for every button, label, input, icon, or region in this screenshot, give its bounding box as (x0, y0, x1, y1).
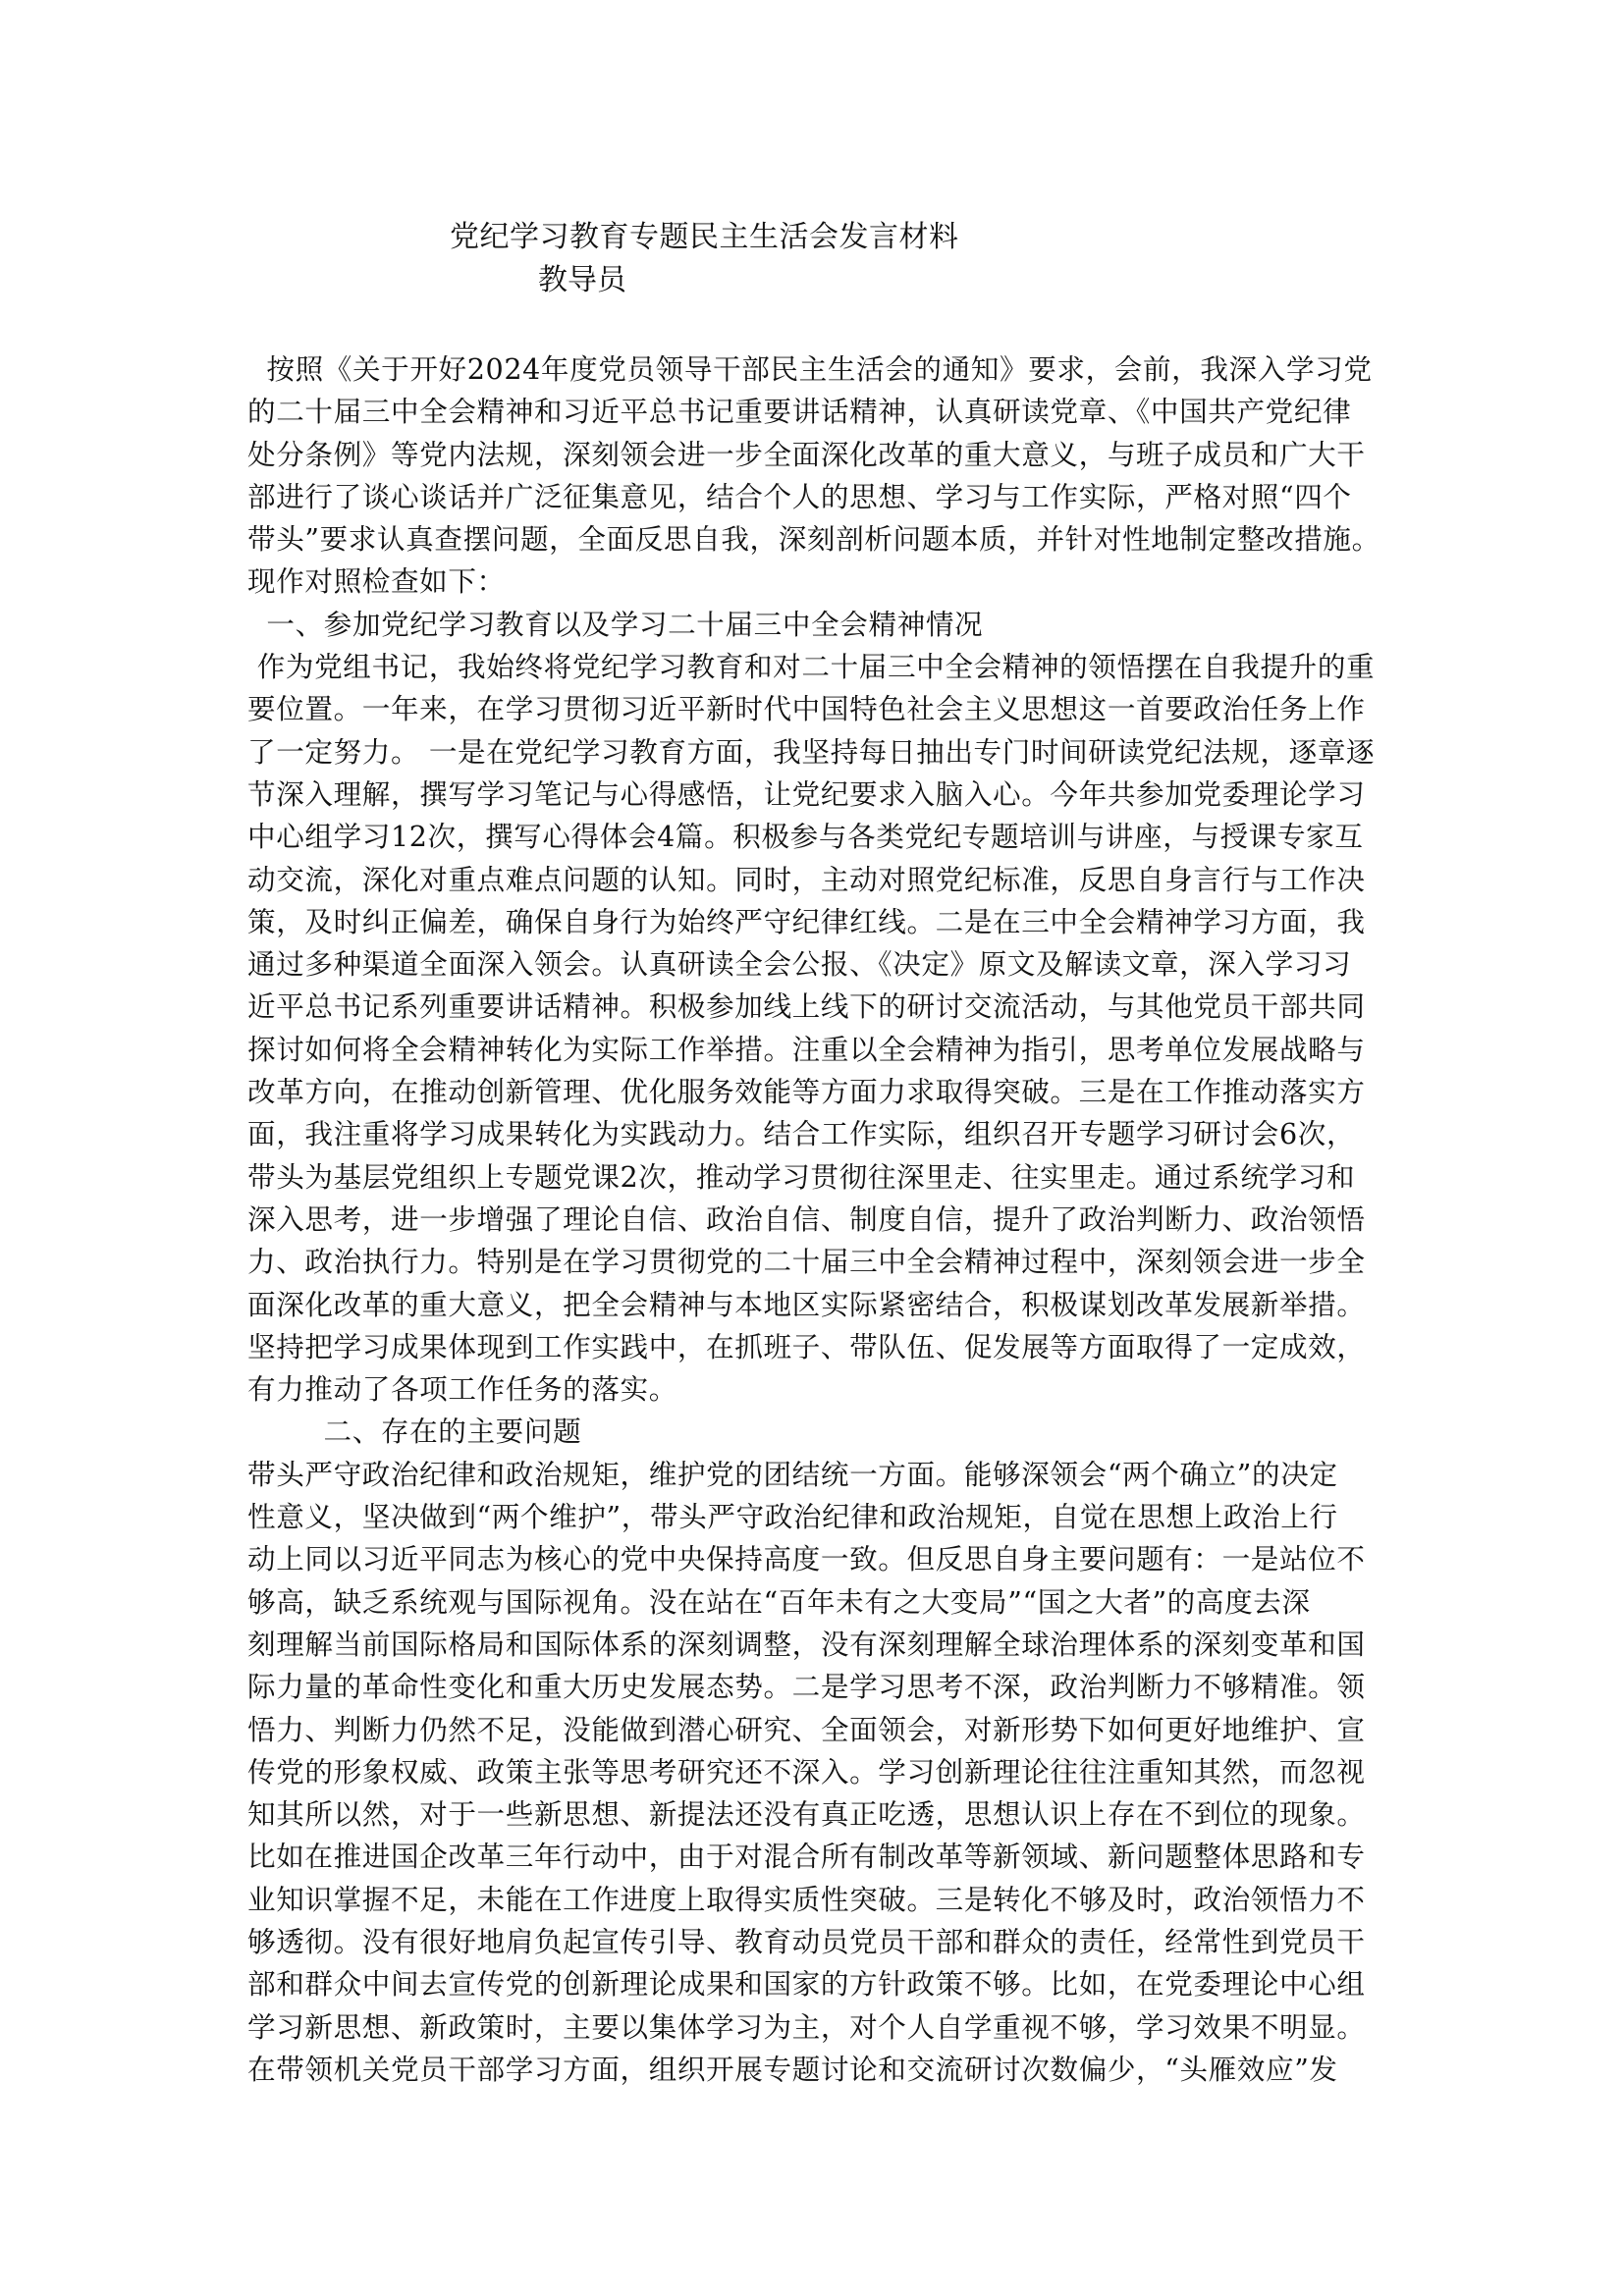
text-line: 节深入理解，撰写学习笔记与心得感悟，让党纪要求入脑入心。今年共参加党委理论学习 (247, 774, 1386, 816)
text-line: 部和群众中间去宣传党的创新理论成果和国家的方针政策不够。比如，在党委理论中心组 (247, 1963, 1386, 2005)
text-line: 坚持把学习成果体现到工作实践中，在抓班子、带队伍、促发展等方面取得了一定成效， (247, 1326, 1386, 1368)
text-line: 动交流，深化对重点难点问题的认知。同时，主动对照党纪标准，反思自身言行与工作决 (247, 859, 1386, 901)
text-line: 改革方向，在推动创新管理、优化服务效能等方面力求取得突破。三是在工作推动落实方 (247, 1071, 1386, 1113)
text-line: 知其所以然，对于一些新思想、新提法还没有真正吃透，思想认识上存在不到位的现象。 (247, 1793, 1386, 1836)
text-line: 悟力、判断力仍然不足，没能做到潜心研究、全面领会，对新形势下如何更好地维护、宣 (247, 1709, 1386, 1751)
text-line: 传党的形象权威、政策主张等思考研究还不深入。学习创新理论往往注重知其然，而忽视 (247, 1751, 1386, 1793)
text-line: 探讨如何将全会精神转化为实际工作举措。注重以全会精神为指引，思考单位发展战略与 (247, 1029, 1386, 1071)
text-line: 力、政治执行力。特别是在学习贯彻党的二十届三中全会精神过程中，深刻领会进一步全 (247, 1241, 1386, 1283)
text-line: 中心组学习12次，撰写心得体会4篇。积极参与各类党纪专题培训与讲座，与授课专家互 (247, 816, 1386, 858)
text-line: 带头严守政治纪律和政治规矩，维护党的团结统一方面。能够深领会“两个确立”的决定 (247, 1454, 1386, 1496)
text-line: 动上同以习近平同志为核心的党中央保持高度一致。但反思自身主要问题有：一是站位不 (247, 1538, 1386, 1580)
text-line: 比如在推进国企改革三年行动中，由于对混合所有制改革等新领域、新问题整体思路和专 (247, 1836, 1386, 1878)
text-line: 性意义，坚决做到“两个维护”，带头严守政治纪律和政治规矩，自觉在思想上政治上行 (247, 1496, 1386, 1538)
text-line: 际力量的革命性变化和重大历史发展态势。二是学习思考不深，政治判断力不够精准。领 (247, 1666, 1386, 1708)
text-line: 通过多种渠道全面深入领会。认真研读全会公报、《决定》原文及解读文章，深入学习习 (247, 943, 1386, 986)
text-line: 按照《关于开好2024年度党员领导干部民主生活会的通知》要求，会前，我深入学习党 (247, 348, 1386, 391)
text-line: 作为党组书记，我始终将党纪学习教育和对二十届三中全会精神的领悟摆在自我提升的重 (247, 646, 1386, 688)
text-line: 现作对照检查如下： (247, 561, 1386, 603)
text-line: 的二十届三中全会精神和习近平总书记重要讲话精神，认真研读党章、《中国共产党纪律 (247, 391, 1386, 433)
section-heading-1: 一、参加党纪学习教育以及学习二十届三中全会精神情况 (247, 604, 1386, 646)
document-title: 党纪学习教育专题民主生活会发言材料 (450, 218, 959, 257)
text-line: 在带领机关党员干部学习方面，组织开展专题讨论和交流研讨次数偏少，“头雁效应”发 (247, 2049, 1386, 2091)
document-page: 党纪学习教育专题民主生活会发言材料 教导员 按照《关于开好2024年度党员领导干… (0, 0, 1623, 2296)
text-line: 要位置。一年来，在学习贯彻习近平新时代中国特色社会主义思想这一首要政治任务上作 (247, 688, 1386, 730)
text-line: 策，及时纠正偏差，确保自身行为始终严守纪律红线。二是在三中全会精神学习方面，我 (247, 901, 1386, 943)
document-author: 教导员 (538, 261, 626, 300)
text-line: 近平总书记系列重要讲话精神。积极参加线上线下的研讨交流活动，与其他党员干部共同 (247, 986, 1386, 1028)
text-line: 带头为基层党组织上专题党课2次，推动学习贯彻往深里走、往实里走。通过系统学习和 (247, 1156, 1386, 1199)
text-line: 面，我注重将学习成果转化为实践动力。结合工作实际，组织召开专题学习研讨会6次， (247, 1113, 1386, 1155)
section-heading-2: 二、存在的主要问题 (247, 1411, 1386, 1453)
text-line: 够高，缺乏系统观与国际视角。没在站在“百年未有之大变局”“国之大者”的高度去深 (247, 1581, 1386, 1624)
text-line: 有力推动了各项工作任务的落实。 (247, 1368, 1386, 1411)
document-body: 按照《关于开好2024年度党员领导干部民主生活会的通知》要求，会前，我深入学习党… (247, 348, 1386, 2091)
text-line: 深入思考，进一步增强了理论自信、政治自信、制度自信，提升了政治判断力、政治领悟 (247, 1199, 1386, 1241)
text-line: 够透彻。没有很好地肩负起宣传引导、教育动员党员干部和群众的责任，经常性到党员干 (247, 1921, 1386, 1963)
text-line: 业知识掌握不足，未能在工作进度上取得实质性突破。三是转化不够及时，政治领悟力不 (247, 1879, 1386, 1921)
text-line: 处分条例》等党内法规，深刻领会进一步全面深化改革的重大意义，与班子成员和广大干 (247, 434, 1386, 476)
text-line: 学习新思想、新政策时，主要以集体学习为主，对个人自学重视不够，学习效果不明显。 (247, 2006, 1386, 2049)
text-line: 面深化改革的重大意义，把全会精神与本地区实际紧密结合，积极谋划改革发展新举措。 (247, 1284, 1386, 1326)
text-line: 部进行了谈心谈话并广泛征集意见，结合个人的思想、学习与工作实际，严格对照“四个 (247, 476, 1386, 518)
text-line: 了一定努力。 一是在党纪学习教育方面，我坚持每日抽出专门时间研读党纪法规，逐章逐 (247, 731, 1386, 774)
text-line: 带头”要求认真查摆问题，全面反思自我，深刻剖析问题本质，并针对性地制定整改措施。 (247, 518, 1386, 561)
text-line: 刻理解当前国际格局和国际体系的深刻调整，没有深刻理解全球治理体系的深刻变革和国 (247, 1624, 1386, 1666)
